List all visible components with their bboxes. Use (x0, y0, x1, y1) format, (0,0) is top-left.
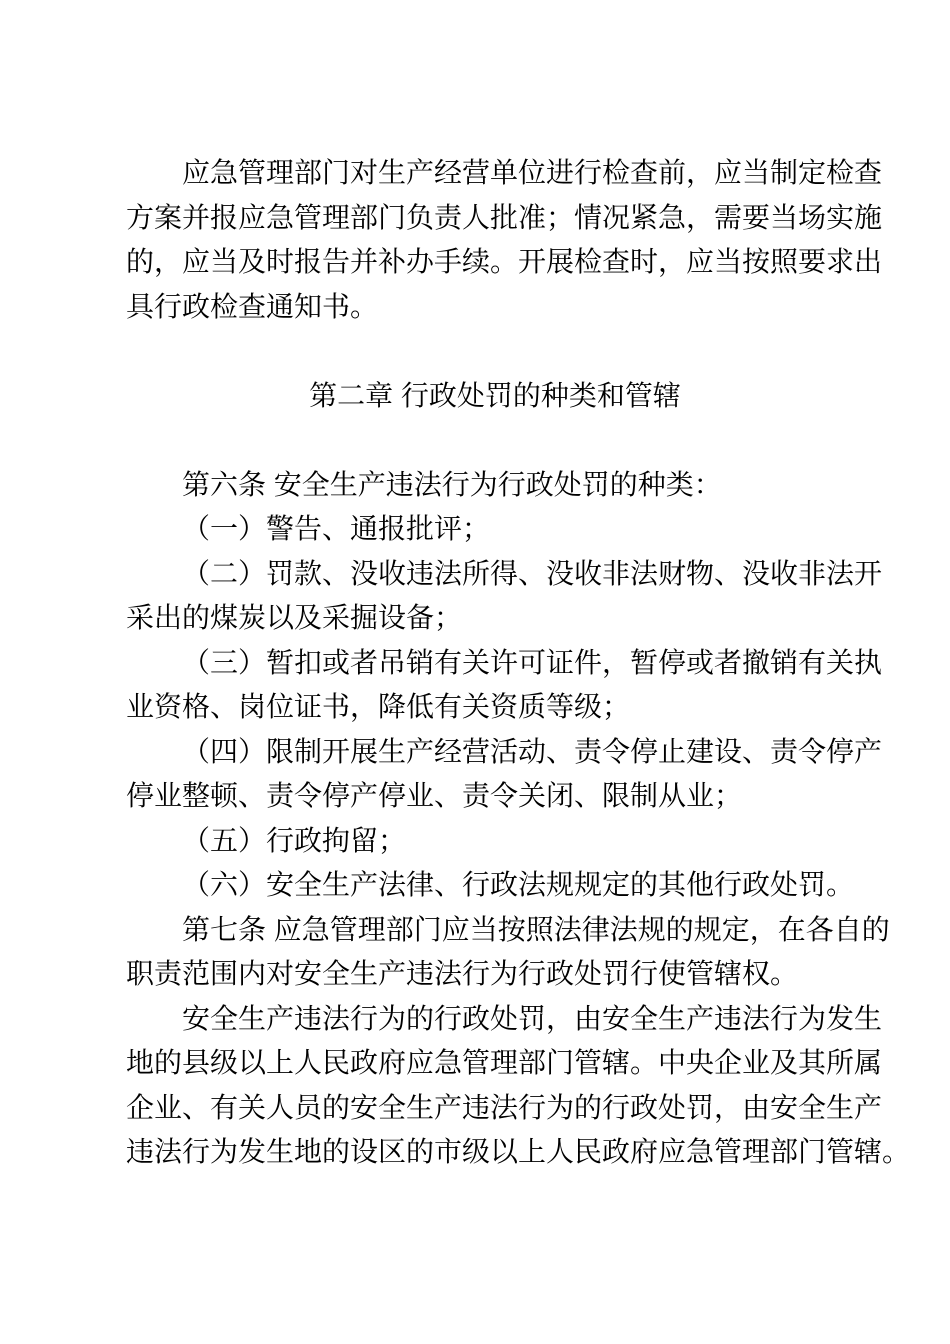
paragraph-jurisdiction: 安全生产违法行为的行政处罚，由安全生产违法行为发生 地的县级以上人民政府应急管理… (126, 997, 864, 1175)
text-line: 应急管理部门对生产经营单位进行检查前，应当制定检查 (126, 151, 864, 196)
text-line: 采出的煤炭以及采掘设备； (126, 596, 864, 641)
paragraph-item-4: （四）限制开展生产经营活动、责令停止建设、责令停产 停业整顿、责令停产停业、责令… (126, 730, 864, 819)
text-line: （一）警告、通报批评； (126, 507, 864, 552)
paragraph-article-7: 第七条 应急管理部门应当按照法律法规的规定，在各自的 职责范围内对安全生产违法行… (126, 908, 864, 997)
text-line: 方案并报应急管理部门负责人批准；情况紧急，需要当场实施 (126, 196, 864, 241)
text-line: 第六条 安全生产违法行为行政处罚的种类： (126, 463, 864, 508)
text-line: （二）罚款、没收违法所得、没收非法财物、没收非法开 (126, 552, 864, 597)
paragraph-inspection-notice: 应急管理部门对生产经营单位进行检查前，应当制定检查 方案并报应急管理部门负责人批… (126, 151, 864, 329)
text-line: 停业整顿、责令停产停业、责令关闭、限制从业； (126, 774, 864, 819)
document-page: 应急管理部门对生产经营单位进行检查前，应当制定检查 方案并报应急管理部门负责人批… (0, 0, 950, 1344)
text-line: （三）暂扣或者吊销有关许可证件，暂停或者撤销有关执 (126, 641, 864, 686)
text-line: 业资格、岗位证书，降低有关资质等级； (126, 685, 864, 730)
text-line: 安全生产违法行为的行政处罚，由安全生产违法行为发生 (126, 997, 864, 1042)
document-text: 应急管理部门对生产经营单位进行检查前，应当制定检查 方案并报应急管理部门负责人批… (126, 151, 864, 1175)
text-line: 地的县级以上人民政府应急管理部门管辖。中央企业及其所属 (126, 1041, 864, 1086)
text-line: 的，应当及时报告并补办手续。开展检查时，应当按照要求出 (126, 240, 864, 285)
paragraph-item-5: （五）行政拘留； (126, 819, 864, 864)
text-line: （五）行政拘留； (126, 819, 864, 864)
paragraph-item-2: （二）罚款、没收违法所得、没收非法财物、没收非法开 采出的煤炭以及采掘设备； (126, 552, 864, 641)
text-line: 职责范围内对安全生产违法行为行政处罚行使管辖权。 (126, 952, 864, 997)
paragraph-item-6: （六）安全生产法律、行政法规规定的其他行政处罚。 (126, 863, 864, 908)
text-line: 违法行为发生地的设区的市级以上人民政府应急管理部门管辖。 (126, 1130, 864, 1175)
text-line: （四）限制开展生产经营活动、责令停止建设、责令停产 (126, 730, 864, 775)
text-line: （六）安全生产法律、行政法规规定的其他行政处罚。 (126, 863, 864, 908)
paragraph-item-1: （一）警告、通报批评； (126, 507, 864, 552)
text-line: 第七条 应急管理部门应当按照法律法规的规定，在各自的 (126, 908, 864, 953)
paragraph-item-3: （三）暂扣或者吊销有关许可证件，暂停或者撤销有关执 业资格、岗位证书，降低有关资… (126, 641, 864, 730)
chapter-heading: 第二章 行政处罚的种类和管辖 (126, 374, 864, 419)
paragraph-article-6: 第六条 安全生产违法行为行政处罚的种类： (126, 463, 864, 508)
text-line: 具行政检查通知书。 (126, 285, 864, 330)
text-line: 企业、有关人员的安全生产违法行为的行政处罚，由安全生产 (126, 1086, 864, 1131)
